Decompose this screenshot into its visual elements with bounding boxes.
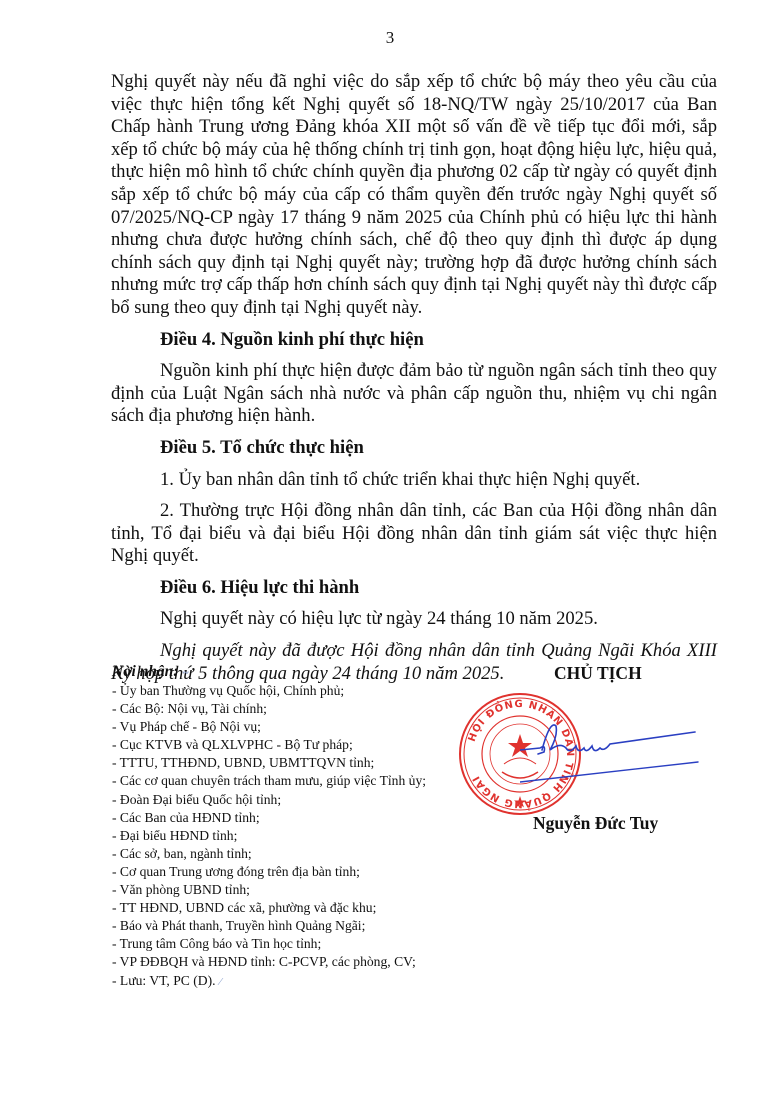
recipient-item: - TTTU, TTHĐND, UBND, UBMTTQVN tỉnh;	[112, 754, 452, 772]
initial-mark-icon: ⁄	[220, 973, 222, 991]
recipient-item: - Vụ Pháp chế - Bộ Nội vụ;	[112, 718, 452, 736]
document-body: Nghị quyết này nếu đã nghỉ việc do sắp x…	[111, 71, 717, 685]
recipient-item: - Báo và Phát thanh, Truyền hình Quảng N…	[112, 917, 452, 935]
recipient-item: - Trung tâm Công báo và Tin học tỉnh;	[112, 935, 452, 953]
recipient-item: - Đại biểu HĐND tỉnh;	[112, 827, 452, 845]
recipients-title: Nơi nhận:~	[112, 663, 452, 682]
recipient-item: - TT HĐND, UBND các xã, phường và đặc kh…	[112, 899, 452, 917]
recipient-item: - Các sở, ban, ngành tỉnh;	[112, 845, 452, 863]
article-6-body: Nghị quyết này có hiệu lực từ ngày 24 th…	[111, 608, 717, 631]
recipient-list: - Ủy ban Thường vụ Quốc hội, Chính phủ;-…	[112, 682, 452, 991]
article-5-item-2: 2. Thường trực Hội đồng nhân dân tỉnh, c…	[111, 500, 717, 568]
article-5-heading: Điều 5. Tổ chức thực hiện	[111, 437, 717, 460]
recipient-item: - Cơ quan Trung ương đóng trên địa bàn t…	[112, 863, 452, 881]
signer-title: CHỦ TỊCH	[554, 663, 642, 684]
recipient-item: - Ủy ban Thường vụ Quốc hội, Chính phủ;	[112, 682, 452, 700]
page-number: 3	[0, 28, 780, 48]
recipient-item: - Các cơ quan chuyên trách tham mưu, giú…	[112, 772, 452, 790]
continuation-paragraph: Nghị quyết này nếu đã nghỉ việc do sắp x…	[111, 71, 717, 320]
recipient-item: - Văn phòng UBND tỉnh;	[112, 881, 452, 899]
article-5-item-1: 1. Ủy ban nhân dân tỉnh tổ chức triển kh…	[111, 469, 717, 492]
recipient-item: - VP ĐĐBQH và HĐND tỉnh: C-PCVP, các phò…	[112, 953, 452, 971]
recipients-block: Nơi nhận:~ - Ủy ban Thường vụ Quốc hội, …	[112, 663, 452, 991]
article-4-heading: Điều 4. Nguồn kinh phí thực hiện	[111, 329, 717, 352]
recipient-item: - Đoàn Đại biểu Quốc hội tỉnh;	[112, 791, 452, 809]
article-6-heading: Điều 6. Hiệu lực thi hành	[111, 577, 717, 600]
recipient-item: - Các Ban của HĐND tỉnh;	[112, 809, 452, 827]
signer-name: Nguyễn Đức Tuy	[533, 813, 658, 834]
initial-mark-icon: ~	[182, 664, 188, 682]
recipient-item: - Cục KTVB và QLXLVPHC - Bộ Tư pháp;	[112, 736, 452, 754]
recipient-item: - Các Bộ: Nội vụ, Tài chính;	[112, 700, 452, 718]
recipients-title-text: Nơi nhận:	[112, 663, 178, 680]
article-4-body: Nguồn kinh phí thực hiện được đảm bảo từ…	[111, 360, 717, 428]
signature-icon	[520, 720, 700, 790]
recipient-item: - Lưu: VT, PC (D).⁄	[112, 972, 452, 991]
